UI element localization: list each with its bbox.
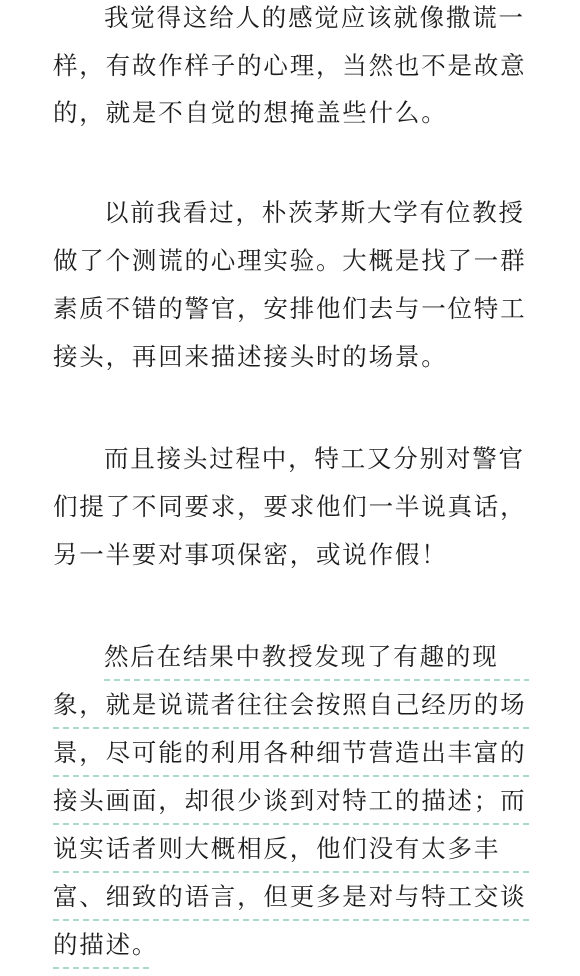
- paragraph-line: 而且接头过程中，特工又分别对警官: [104, 442, 529, 476]
- underlined-line: 景，尽可能的利用各种细节营造出丰富的: [53, 736, 529, 770]
- paragraph-line: 接头，再回来描述接头时的场景。: [53, 340, 529, 374]
- underlined-line: 接头画面，却很少谈到对特工的描述；而: [53, 784, 529, 818]
- underlined-line: 富、细致的语言，但更多是对与特工交谈: [53, 880, 529, 914]
- paragraph-line: 们提了不同要求，要求他们一半说真话，: [53, 490, 529, 524]
- underlined-line: 象，就是说谎者往往会按照自己经历的场: [53, 688, 529, 722]
- underlined-line: 说实话者则大概相反，他们没有太多丰: [53, 832, 529, 866]
- paragraph-line: 以前我看过，朴茨茅斯大学有位教授: [104, 196, 529, 230]
- paragraph-line: 素质不错的警官，安排他们去与一位特工: [53, 292, 529, 326]
- article-body: 我觉得这给人的感觉应该就像撒谎一 样，有故作样子的心理，当然也不是故意 的，就是…: [0, 0, 580, 976]
- paragraph-line: 样，有故作样子的心理，当然也不是故意: [53, 49, 529, 83]
- paragraph-line: 另一半要对事项保密，或说作假！: [53, 538, 529, 572]
- paragraph-line: 的，就是不自觉的想掩盖些什么。: [53, 96, 529, 130]
- underlined-line: 的描述。: [53, 928, 529, 962]
- paragraph-line: 做了个测谎的心理实验。大概是找了一群: [53, 244, 529, 278]
- underlined-line: 然后在结果中教授发现了有趣的现: [104, 640, 529, 674]
- paragraph-line: 我觉得这给人的感觉应该就像撒谎一: [104, 1, 529, 35]
